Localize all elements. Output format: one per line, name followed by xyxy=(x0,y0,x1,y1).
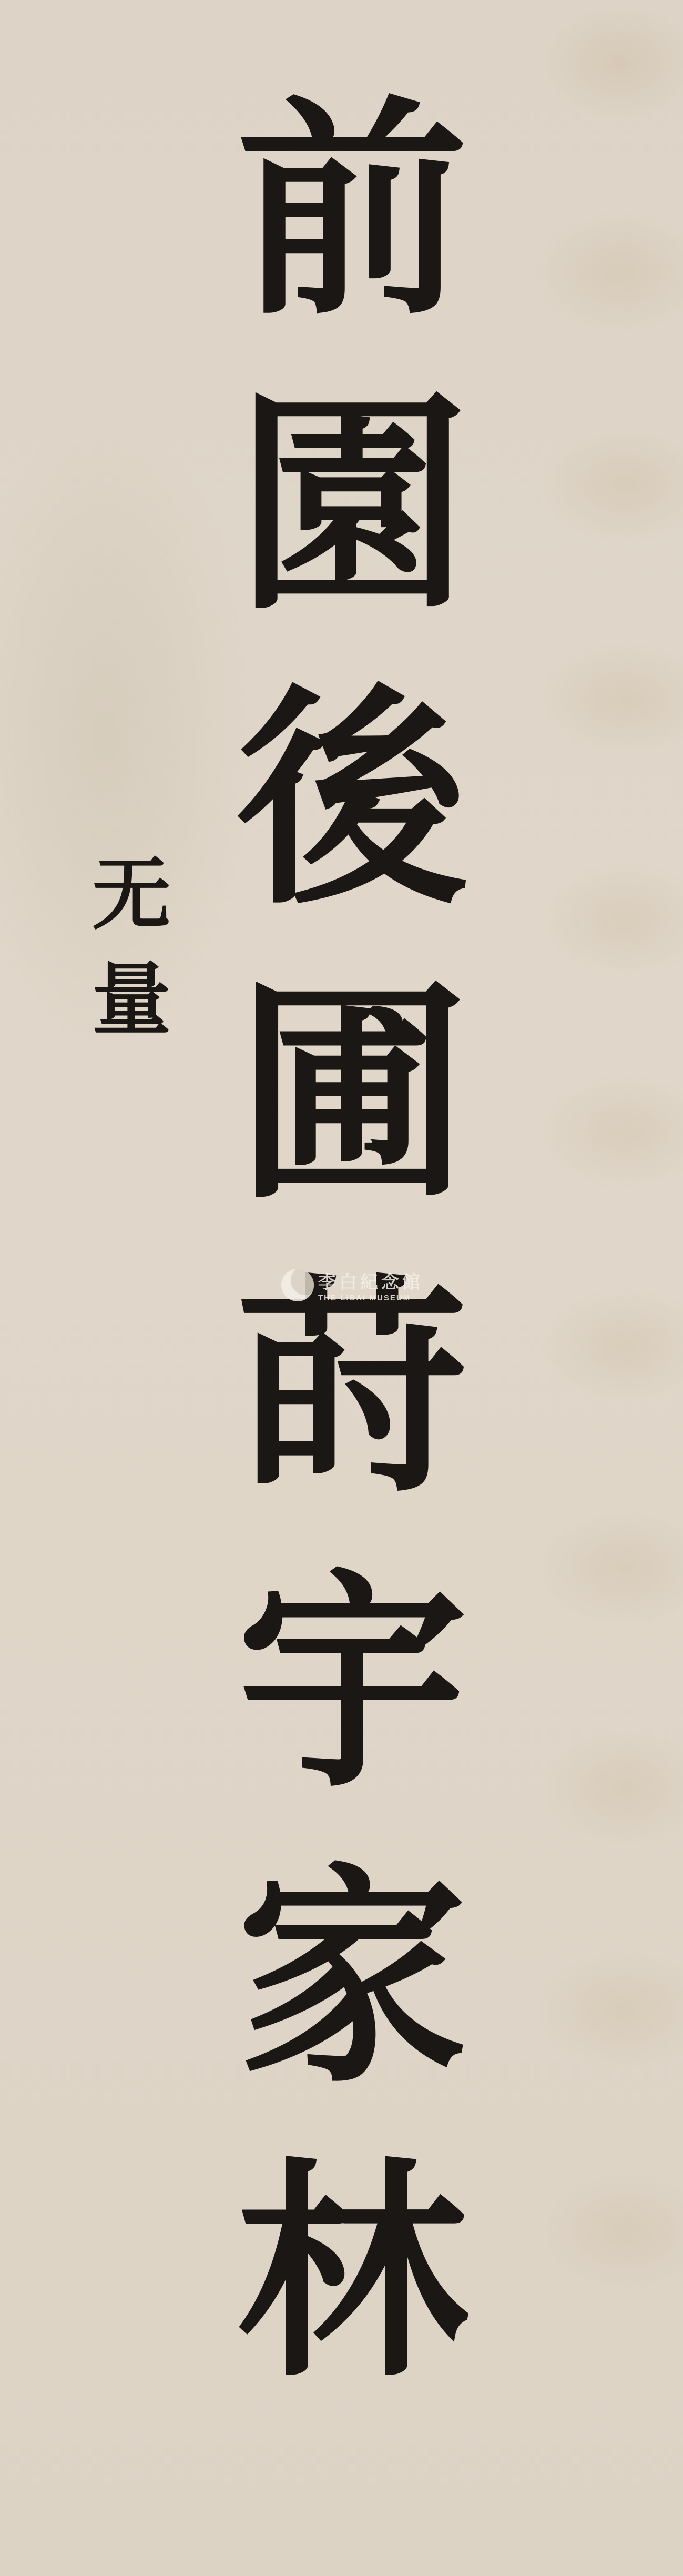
museum-watermark: 李白紀念館 THE LIBAI MUSEUM xyxy=(281,1268,423,1302)
watermark-english: THE LIBAI MUSEUM xyxy=(318,1294,423,1302)
character-1: 前 xyxy=(221,63,484,358)
character-2: 園 xyxy=(221,358,484,652)
character-4: 圃 xyxy=(221,947,484,1241)
signature-character-1: 无 xyxy=(68,842,195,947)
calligraphy-scroll: 前 園 後 圃 莳 宇 家 林 无 量 李白紀念館 THE LIBAI MUSE… xyxy=(0,0,683,2576)
character-7: 家 xyxy=(221,1831,484,2125)
character-3: 後 xyxy=(221,652,484,947)
main-calligraphy-column: 前 園 後 圃 莳 宇 家 林 xyxy=(221,63,484,2420)
signature-character-2: 量 xyxy=(68,947,195,1052)
artist-signature: 无 量 xyxy=(68,842,195,1052)
character-8: 林 xyxy=(221,2125,484,2420)
character-6: 宇 xyxy=(221,1536,484,1831)
watermark-chinese: 李白紀念館 xyxy=(318,1268,423,1294)
moon-figure-logo-icon xyxy=(281,1269,314,1301)
